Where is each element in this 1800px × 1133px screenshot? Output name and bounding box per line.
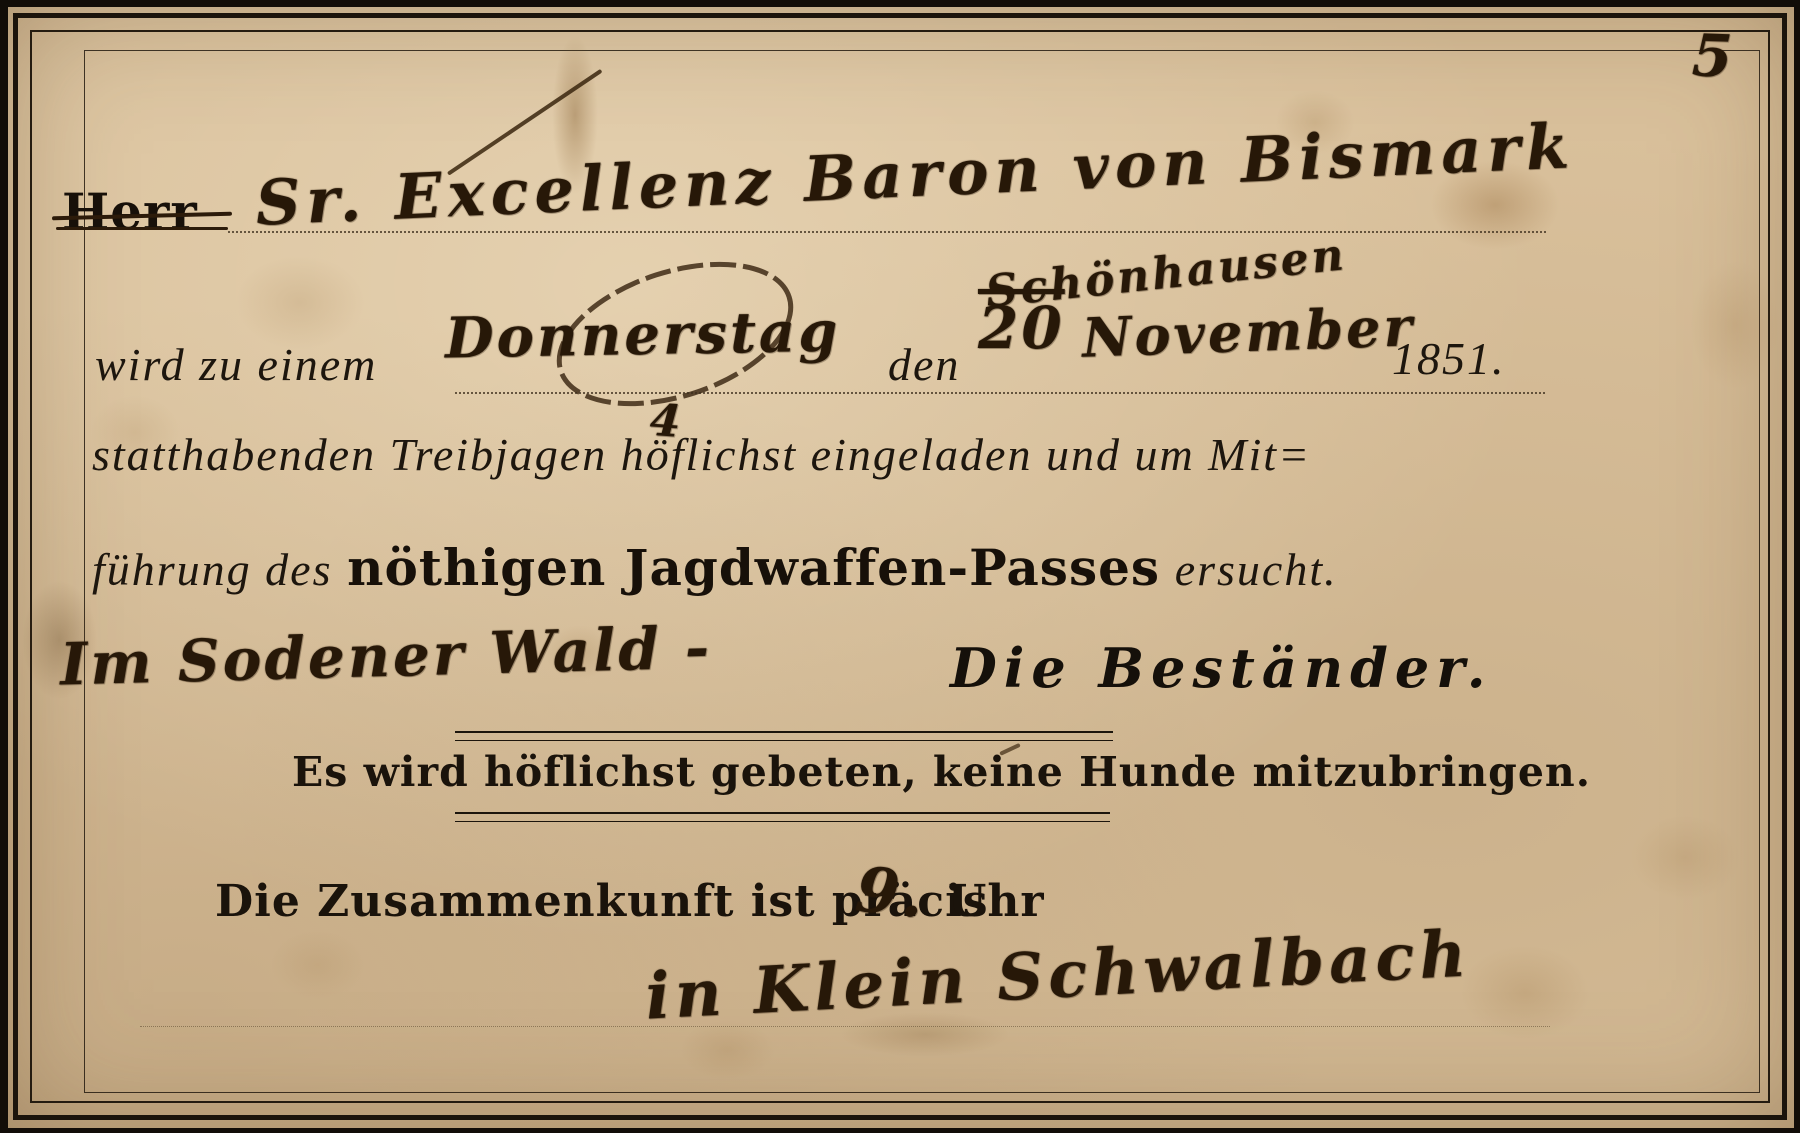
paper-stain (1630, 815, 1740, 900)
meeting-place-handwritten: in Klein Schwalbach (644, 916, 1473, 1034)
line3-printed: statthabenden Treibjagen höflichst einge… (92, 428, 1311, 481)
printed-fill-in-line (455, 392, 1545, 394)
intro-printed: wird zu einem (95, 338, 377, 391)
recipient-name-handwritten: Sr. Excellenz Baron von Bismark (254, 109, 1576, 240)
scan-edge-top (0, 0, 1800, 7)
paper-stain (235, 255, 365, 350)
printed-fill-in-line-faint (140, 1026, 1550, 1027)
line4-prefix: führung des (92, 544, 333, 595)
line4-emphasis-fraktur: nöthigen Jagdwaffen-Passes (347, 538, 1160, 597)
aged-paper-card: 5 Herr Sr. Excellenz Baron von Bismark S… (0, 0, 1800, 1133)
scan-edge-bottom (0, 1128, 1800, 1133)
page-number-handwritten: 5 (1691, 21, 1737, 90)
den-printed: den (888, 338, 960, 391)
date-month-handwritten: November (1081, 294, 1416, 370)
date-day-handwritten: 20 (978, 294, 1065, 362)
double-rule-bottom (455, 812, 1110, 822)
line4-suffix: ersucht. (1175, 544, 1338, 595)
year-printed: 1851. (1392, 332, 1506, 385)
salutation-herr-printed: Herr (62, 182, 198, 241)
line4-printed: führung des nöthigen Jagdwaffen-Passes e… (92, 538, 1338, 597)
meeting-suffix-printed: Uhr (948, 876, 1045, 927)
meeting-time-handwritten: 9. (852, 853, 930, 933)
scan-edge-left (0, 0, 8, 1133)
printed-fill-in-line (228, 231, 1546, 233)
scan-edge-right (1794, 0, 1800, 1133)
weekday-handwritten: Donnerstag (444, 299, 840, 372)
notice-printed: Es wird höflichst gebeten, keine Hunde m… (292, 748, 1591, 796)
double-rule-top (455, 731, 1113, 741)
signature-printed: Die Beständer. (950, 636, 1493, 700)
location-handwritten: Im Sodener Wald - (59, 613, 713, 698)
paper-stain (1690, 260, 1780, 390)
paper-stain (270, 930, 365, 1000)
ink-strikethrough (56, 227, 228, 230)
